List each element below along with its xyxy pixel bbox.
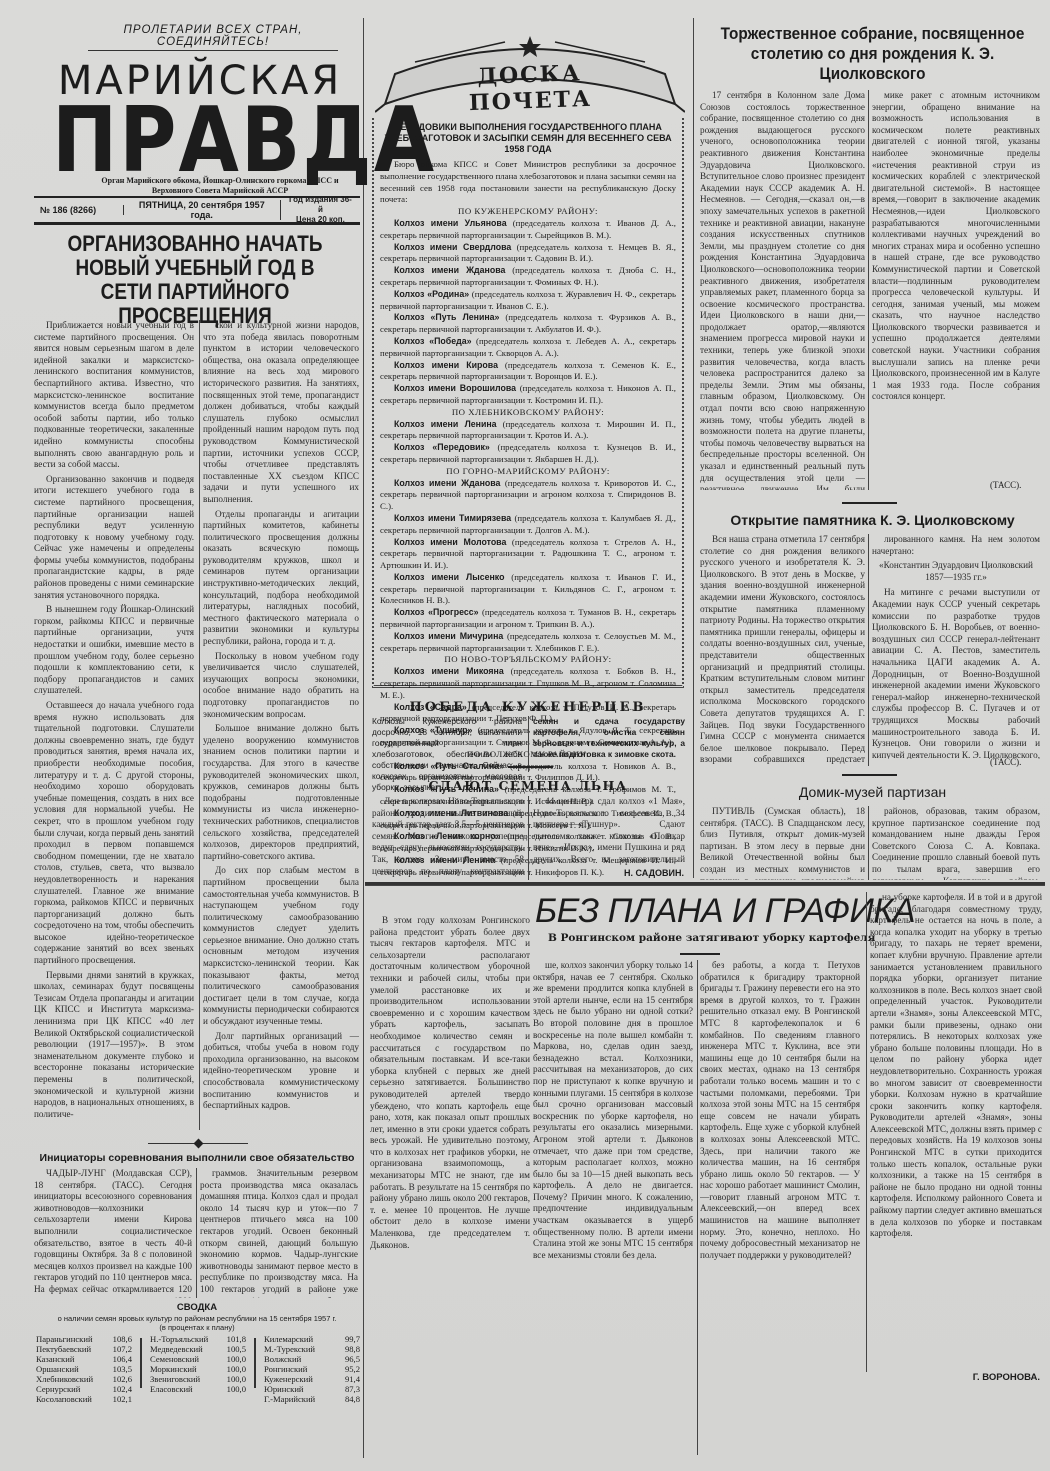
divider-ornament xyxy=(508,766,553,768)
region-heading: ПО НОВО-ТОРЪЯЛЬСКОМУ РАЙОНУ: xyxy=(380,654,676,666)
potato-col3: на уборке картофеля. И в той и в другой … xyxy=(870,892,1042,1358)
meeting-source: (ТАСС). xyxy=(990,480,1021,490)
column-rule xyxy=(868,806,869,880)
honor-entry: Колхоз «Победа» (председатель колхоза т.… xyxy=(380,336,676,360)
masthead-infobar: № 186 (8266) ПЯТНИЦА, 20 сентября 1957 г… xyxy=(34,196,360,225)
svodka-district: Казанский xyxy=(36,1354,74,1364)
svodka-district: Моркинский xyxy=(150,1364,197,1374)
flax-author: Н. САДОВИН. xyxy=(580,868,684,878)
svodka-table: Параньгинский108,6Пектубаевский107,2Каза… xyxy=(36,1334,360,1404)
potato-col1: ше, колхоз закончил уборку только 14 окт… xyxy=(533,960,693,1455)
pobeda-title: ПОБЕДА КУЖЕНЕРЦЕВ xyxy=(372,700,684,715)
svodka-row: Килемарский99,7 xyxy=(264,1334,360,1344)
region-heading: ПО ГОРНО-МАРИЙСКОМУ РАЙОНУ: xyxy=(380,466,676,478)
honor-entry: Колхоз «Родина» (председатель колхоза т.… xyxy=(380,289,676,313)
masthead-organ: Орган Марийского обкома, Йошкар-Олинског… xyxy=(80,176,360,196)
column-rule xyxy=(866,892,867,1372)
svodka-value: 100,0 xyxy=(227,1374,246,1384)
svodka-district: Ронгинский xyxy=(264,1364,307,1374)
lead-article-col2: ской и культурной жизни народов, что эта… xyxy=(203,320,359,1128)
svodka-row: Сернурский102,4 xyxy=(36,1384,132,1394)
kolkhoz-name: Колхоз «Прогресс» xyxy=(394,607,479,617)
svodka-unit: (в процентах к плану) xyxy=(159,1323,234,1332)
column-rule xyxy=(363,18,364,1458)
lead-article-col1: Приближается новый учебный год в системе… xyxy=(34,320,194,1128)
masthead-title-line2: ПРАВДА xyxy=(52,96,342,186)
kolkhoz-name: Колхоз имени Тимирязева xyxy=(394,513,511,523)
svodka-value: 103,5 xyxy=(113,1364,132,1374)
monument-col1: Вся наша страна отметила 17 сентября сто… xyxy=(700,534,865,766)
svodka-row: Пектубаевский107,2 xyxy=(36,1344,132,1354)
column-rule xyxy=(199,320,200,1130)
kolkhoz-name: Колхоз имени Кирова xyxy=(394,360,498,370)
svodka-district: Куженерский xyxy=(264,1374,313,1384)
column-rule xyxy=(868,90,869,490)
potato-col0: В этом году колхозам Ронгинского района … xyxy=(370,915,530,1455)
honor-entry: Колхоз имени Ульянова (председатель колх… xyxy=(380,218,676,242)
kolkhoz-name: Колхоз «Путь Ленина» xyxy=(394,312,499,322)
svodka-value: 108,6 xyxy=(113,1334,132,1344)
svodka-value: 95,2 xyxy=(345,1364,360,1374)
svodka-value: 100,5 xyxy=(227,1344,246,1354)
initiators-col2: граммов. Значительным резервом роста про… xyxy=(200,1168,358,1298)
svodka-subtitle-text: о наличии семян яровых культур по района… xyxy=(58,1314,337,1323)
svodka-district: Медведевский xyxy=(150,1344,203,1354)
kolkhoz-name: Колхоз имени Ульянова xyxy=(394,218,507,228)
potato-subtitle: В Ронгинском районе затягивают уборку ка… xyxy=(548,932,868,944)
honor-entry: Колхоз имени Тимирязева (председатель ко… xyxy=(380,513,676,537)
svodka-value: 84,8 xyxy=(345,1394,360,1404)
svodka-column: Н.-Торъяльский101,8Медведевский100,5Семе… xyxy=(150,1334,246,1404)
svodka-value: 91,4 xyxy=(345,1374,360,1384)
issue-date: ПЯТНИЦА, 20 сентября 1957 года. xyxy=(124,200,281,220)
column-rule xyxy=(140,1338,142,1388)
svodka-row: Хлебниковский102,6 xyxy=(36,1374,132,1384)
honor-board-banner: ДОСКА ПОЧЕТА xyxy=(375,34,685,114)
column-rule xyxy=(697,960,698,1455)
kolkhoz-name: Колхоз имени Мичурина xyxy=(394,631,503,641)
svodka-row: Параньгинский108,6 xyxy=(36,1334,132,1344)
svodka-district: Килемарский xyxy=(264,1334,313,1344)
svodka-value: 99,7 xyxy=(345,1334,360,1344)
honor-entry: Колхоз имени Ворошилова (председатель ко… xyxy=(380,383,676,407)
column-rule xyxy=(196,1168,197,1298)
column-rule xyxy=(868,534,869,766)
svodka-row: Еласовский100,0 xyxy=(150,1384,246,1394)
honor-board-title: ДОСКА ПОЧЕТА xyxy=(414,58,646,118)
honor-board-intro: Бюро обкома КПСС и Совет Министров респу… xyxy=(380,159,676,206)
svodka-row: Г.-Марийский84,8 xyxy=(264,1394,360,1404)
honor-entry: Колхоз имени Жданова (председатель колхо… xyxy=(380,265,676,289)
honor-entry: Колхоз имени Мичурина (председатель колх… xyxy=(380,631,676,655)
svodka-row: Ронгинский95,2 xyxy=(264,1364,360,1374)
kolkhoz-name: Колхоз имени Свердлова xyxy=(394,242,511,252)
pobeda-col2: семян и сдача государству картофеля, очи… xyxy=(533,716,685,760)
svodka-district: Еласовский xyxy=(150,1384,193,1394)
meeting-col2: мике ракет с атомным источником энергии,… xyxy=(872,90,1040,470)
svodka-district: Оршанский xyxy=(36,1364,79,1374)
svodka-district: Волжский xyxy=(264,1354,301,1364)
svodka-value: 87,3 xyxy=(345,1384,360,1394)
svodka-value: 101,8 xyxy=(227,1334,246,1344)
svodka-district: М.-Турекский xyxy=(264,1344,315,1354)
svodka-row: Юринский87,3 xyxy=(264,1384,360,1394)
year-of-publication: Год издания 36-й xyxy=(289,195,352,214)
kolkhoz-name: Колхоз имени Лысенко xyxy=(394,572,504,582)
svodka-value: 100,0 xyxy=(227,1364,246,1374)
column-rule xyxy=(528,796,529,880)
honor-entry: Колхоз имени Молотова (председатель колх… xyxy=(380,537,676,572)
issue-meta: Год издания 36-й Цена 20 коп. xyxy=(281,195,360,225)
kolkhoz-name: Колхоз имени Жданова xyxy=(394,478,500,488)
honor-entry: Колхоз имени Ленина (председатель колхоз… xyxy=(380,419,676,443)
svodka-row: Оршанский103,5 xyxy=(36,1364,132,1374)
kolkhoz-name: Колхоз «Победа» xyxy=(394,336,472,346)
column-rule xyxy=(693,18,694,878)
svodka-district: Г.-Марийский xyxy=(264,1394,315,1404)
honor-entry: Колхоз «Путь Ленина» (председатель колхо… xyxy=(380,312,676,336)
flax-col1: Лен в колхозах Ново-Торъяльского района … xyxy=(372,796,524,876)
section-divider xyxy=(365,882,1045,886)
svodka-row: Звениговский100,0 xyxy=(150,1374,246,1384)
potato-title: БЕЗ ПЛАНА И ГРАФИКА xyxy=(535,892,865,931)
svodka-row: Медведевский100,5 xyxy=(150,1344,246,1354)
meeting-col1: 17 сентября в Колонном зале Дома Союзов … xyxy=(700,90,865,490)
svodka-value: 107,2 xyxy=(113,1344,132,1354)
divider-ornament xyxy=(842,774,897,776)
svodka-column: Параньгинский108,6Пектубаевский107,2Каза… xyxy=(36,1334,132,1404)
svodka-district: Н.-Торъяльский xyxy=(150,1334,208,1344)
svodka-district: Параньгинский xyxy=(36,1334,93,1344)
issue-number: № 186 (8266) xyxy=(34,205,124,215)
divider-ornament xyxy=(680,953,720,955)
honor-entry: Колхоз «Передовик» (председатель колхоза… xyxy=(380,442,676,466)
svodka-row: М.-Турекский98,8 xyxy=(264,1344,360,1354)
column-rule xyxy=(528,716,529,772)
price: Цена 20 коп. xyxy=(296,215,345,224)
svodka-value: 102,6 xyxy=(113,1374,132,1384)
kolkhoz-name: Колхоз имени Микояна xyxy=(394,666,504,676)
honor-entry: Колхоз имени Лысенко (председатель колхо… xyxy=(380,572,676,607)
svodka-row: Куженерский91,4 xyxy=(264,1374,360,1384)
svodka-row: Моркинский100,0 xyxy=(150,1364,246,1374)
honor-entry: Колхоз «Прогресс» (председатель колхоза … xyxy=(380,607,676,631)
potato-author: Г. ВОРОНОВА. xyxy=(930,1372,1040,1383)
svodka-district: Сернурский xyxy=(36,1384,80,1394)
kolkhoz-name: Колхоз имени Жданова xyxy=(394,265,505,275)
svodka-district: Звениговский xyxy=(150,1374,200,1384)
honor-entry: Колхоз имени Свердлова (председатель кол… xyxy=(380,242,676,266)
svodka-row: Семеновский100,0 xyxy=(150,1354,246,1364)
svodka-district: Юринский xyxy=(264,1384,304,1394)
kolkhoz-name: Колхоз имени Ленина xyxy=(394,419,497,429)
kolkhoz-name: Колхоз «Родина» xyxy=(394,289,469,299)
meeting-title: Торжественное собрание, посвященное стол… xyxy=(717,24,1028,84)
kolkhoz-name: Колхоз имени Ворошилова xyxy=(394,383,516,393)
svodka-district: Хлебниковский xyxy=(36,1374,93,1384)
svodka-district: Косолаповский xyxy=(36,1394,92,1404)
svodka-row: Н.-Торъяльский101,8 xyxy=(150,1334,246,1344)
honor-board-heading: ПЕРЕДОВИКИ ВЫПОЛНЕНИЯ ГОСУДАРСТВЕННОГО П… xyxy=(380,122,676,155)
svodka-column: Килемарский99,7М.-Турекский98,8Волжский9… xyxy=(264,1334,360,1404)
svodka-district: Семеновский xyxy=(150,1354,199,1364)
svodka-value: 100,0 xyxy=(227,1384,246,1394)
monument-title: Открытие памятника К. Э. Циолковскому xyxy=(700,512,1045,528)
svodka-value: 98,8 xyxy=(345,1344,360,1354)
flax-col2: 44 центнера сдал колхоз «1 Мая», Ново-То… xyxy=(533,796,685,866)
initiators-title: Инициаторы соревнования выполнили свое о… xyxy=(34,1152,360,1164)
svodka-subtitle: о наличии семян яровых культур по района… xyxy=(34,1314,360,1332)
museum-col1: ПУТИВЛЬ (Сумская область), 18 сентября. … xyxy=(700,806,865,880)
divider-ornament xyxy=(842,502,897,504)
museum-title: Домик-музей партизан xyxy=(700,784,1045,800)
kolkhoz-name: Колхоз «Передовик» xyxy=(394,442,490,452)
flax-title: СДАЮТ СЕМЕНА ЛЬНА xyxy=(372,778,684,793)
monument-col2: лированного камня. На нем золотом начерт… xyxy=(872,534,1040,759)
svodka-row: Волжский96,5 xyxy=(264,1354,360,1364)
svodka-value: 102,4 xyxy=(113,1384,132,1394)
svodka-title: СВОДКА xyxy=(34,1302,360,1313)
museum-col2: районов, образовав, таким образом, крупн… xyxy=(872,806,1040,880)
monument-inscription: «Константин Эдуардович Циолковский 1857—… xyxy=(872,560,1040,583)
honor-entry: Колхоз имени Кирова (председатель колхоз… xyxy=(380,360,676,384)
masthead-motto: ПРОЛЕТАРИИ ВСЕХ СТРАН, СОЕДИНЯЙТЕСЬ! xyxy=(88,24,338,51)
region-heading: ПО ХЛЕБНИКОВСКОМУ РАЙОНУ: xyxy=(380,407,676,419)
initiators-col1: ЧАДЫР-ЛУНГ (Молдавская ССР), 18 сентября… xyxy=(34,1168,192,1298)
honor-entry: Колхоз имени Жданова (председатель колхо… xyxy=(380,478,676,513)
honor-board-list: ПЕРЕДОВИКИ ВЫПОЛНЕНИЯ ГОСУДАРСТВЕННОГО П… xyxy=(372,118,684,688)
potato-col2: без работы, а когда т. Петухов обратился… xyxy=(700,960,860,1455)
svodka-value: 100,0 xyxy=(227,1354,246,1364)
svodka-row: Косолаповский102,1 xyxy=(36,1394,132,1404)
region-heading: ПО КУЖЕНЕРСКОМУ РАЙОНУ: xyxy=(380,206,676,218)
svodka-value: 106,4 xyxy=(113,1354,132,1364)
column-rule xyxy=(254,1338,256,1388)
monument-source: (ТАСС). xyxy=(990,757,1021,767)
kolkhoz-name: Колхоз имени Молотова xyxy=(394,537,506,547)
lead-article-title: ОРГАНИЗОВАННО НАЧАТЬ НОВЫЙ УЧЕБНЫЙ ГОД В… xyxy=(53,232,337,328)
svodka-value: 96,5 xyxy=(345,1354,360,1364)
svodka-row: Казанский106,4 xyxy=(36,1354,132,1364)
svodka-value: 102,1 xyxy=(113,1394,132,1404)
honor-entry: Колхоз имени Микояна (председатель колхо… xyxy=(380,666,676,701)
svodka-district: Пектубаевский xyxy=(36,1344,91,1354)
